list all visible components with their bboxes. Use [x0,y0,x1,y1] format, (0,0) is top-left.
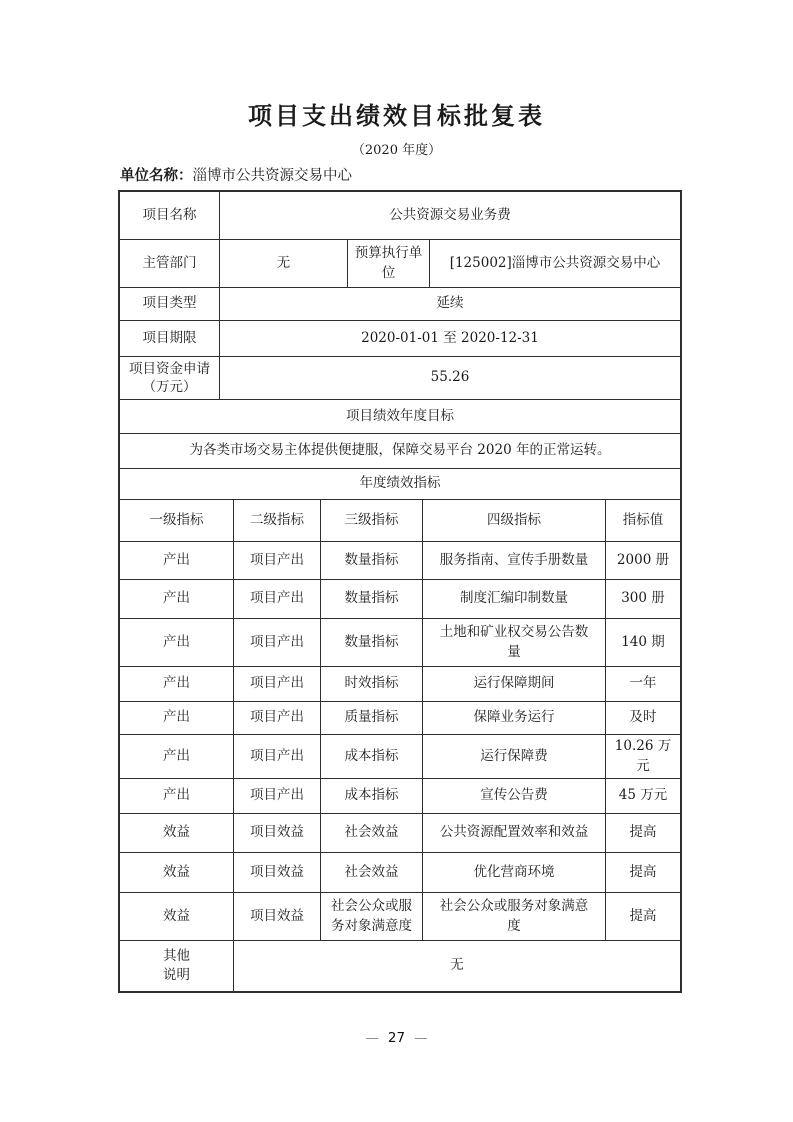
document-title: 项目支出绩效目标批复表 [0,98,793,134]
cell-level4: 公共资源配置效率和效益 [423,814,606,852]
cell-level3: 数量指标 [321,580,423,618]
cell-level2: 项目效益 [234,814,321,852]
col-header-level3: 三级指标 [321,500,423,541]
table-row-project-type: 项目类型 延续 [120,288,680,321]
cell-value: 提高 [606,893,680,940]
cell-value: 提高 [606,814,680,852]
cell-value: 2000 册 [606,542,680,579]
cell-level3: 成本指标 [321,735,423,778]
unit-name-line: 单位名称：淄博市公共资源交易中心 [120,166,793,186]
col-header-level1: 一级指标 [120,500,234,541]
other-note-value: 无 [234,941,680,991]
table-row-fund-request: 项目资金申请（万元） 55.26 [120,357,680,400]
cell-level4: 保障业务运行 [423,702,606,734]
cell-level3: 成本指标 [321,779,423,813]
project-type-label: 项目类型 [120,288,220,320]
fund-request-label: 项目资金申请（万元） [120,357,220,399]
indicator-column-header-row: 一级指标 二级指标 三级指标 四级指标 指标值 [120,500,680,542]
table-row-project-period: 项目期限 2020-01-01 至 2020-12-31 [120,321,680,357]
cell-level4: 宣传公告费 [423,779,606,813]
col-header-level2: 二级指标 [234,500,321,541]
indicator-row: 产出 项目产出 数量指标 服务指南、宣传手册数量 2000 册 [120,542,680,580]
page-number-dash-right: — [414,1030,428,1046]
cell-level2: 项目产出 [234,702,321,734]
cell-level2: 项目效益 [234,853,321,892]
dept-label: 主管部门 [120,240,220,287]
cell-level4: 运行保障费 [423,735,606,778]
cell-level3: 质量指标 [321,702,423,734]
cell-level2: 项目效益 [234,893,321,940]
indicator-row: 效益 项目效益 社会效益 优化营商环境 提高 [120,853,680,893]
cell-level3: 时效指标 [321,667,423,701]
page-number-dash-left: — [365,1030,379,1046]
cell-level1: 产出 [120,619,234,666]
exec-unit-label: 预算执行单位 [348,240,430,287]
cell-level2: 项目产出 [234,735,321,778]
cell-level1: 产出 [120,580,234,618]
cell-level2: 项目产出 [234,619,321,666]
approval-table: 项目名称 公共资源交易业务费 主管部门 无 预算执行单位 [125002]淄博市… [118,190,682,993]
other-note-label: 其他 说明 [120,941,234,991]
cell-level4: 社会公众或服务对象满意度 [423,893,606,940]
cell-level4: 运行保障期间 [423,667,606,701]
cell-level1: 产出 [120,735,234,778]
cell-level3: 社会效益 [321,853,423,892]
cell-level4: 服务指南、宣传手册数量 [423,542,606,579]
fund-request-value: 55.26 [220,357,680,399]
cell-level1: 效益 [120,853,234,892]
indicator-row: 产出 项目产出 数量指标 制度汇编印制数量 300 册 [120,580,680,619]
table-row-department: 主管部门 无 预算执行单位 [125002]淄博市公共资源交易中心 [120,240,680,288]
cell-level1: 产出 [120,542,234,579]
indicator-row: 效益 项目效益 社会效益 公共资源配置效率和效益 提高 [120,814,680,853]
cell-level2: 项目产出 [234,542,321,579]
cell-level1: 效益 [120,814,234,852]
page-number-value: 27 [388,1030,405,1046]
cell-value: 一年 [606,667,680,701]
indicator-row: 产出 项目产出 数量指标 土地和矿业权交易公告数量 140 期 [120,619,680,667]
indicator-row: 产出 项目产出 成本指标 宣传公告费 45 万元 [120,779,680,814]
indicator-row: 产出 项目产出 时效指标 运行保障期间 一年 [120,667,680,702]
indicator-row: 产出 项目产出 成本指标 运行保障费 10.26 万元 [120,735,680,779]
col-header-value: 指标值 [606,500,680,541]
cell-level1: 产出 [120,702,234,734]
cell-level3: 数量指标 [321,619,423,666]
indicators-header: 年度绩效指标 [120,469,680,499]
table-row-indicators-header: 年度绩效指标 [120,469,680,500]
document-subtitle: （2020 年度） [0,143,793,159]
project-period-label: 项目期限 [120,321,220,356]
table-row-project-name: 项目名称 公共资源交易业务费 [120,192,680,240]
cell-level1: 效益 [120,893,234,940]
exec-unit-value: [125002]淄博市公共资源交易中心 [430,240,680,287]
indicator-row: 效益 项目效益 社会公众或服务对象满意度 社会公众或服务对象满意度 提高 [120,893,680,941]
cell-level2: 项目产出 [234,580,321,618]
table-row-other-note: 其他 说明 无 [120,941,680,991]
cell-level1: 产出 [120,667,234,701]
cell-level3: 社会效益 [321,814,423,852]
cell-value: 45 万元 [606,779,680,813]
cell-level2: 项目产出 [234,667,321,701]
cell-level2: 项目产出 [234,779,321,813]
cell-level4: 土地和矿业权交易公告数量 [423,619,606,666]
project-period-value: 2020-01-01 至 2020-12-31 [220,321,680,356]
document-page: 项目支出绩效目标批复表 （2020 年度） 单位名称：淄博市公共资源交易中心 项… [0,0,793,1122]
project-type-value: 延续 [220,288,680,320]
cell-level4: 制度汇编印制数量 [423,580,606,618]
col-header-level4: 四级指标 [423,500,606,541]
table-row-annual-goal-text: 为各类市场交易主体提供便捷服，保障交易平台 2020 年的正常运转。 [120,434,680,469]
indicator-row: 产出 项目产出 质量指标 保障业务运行 及时 [120,702,680,735]
page-number: —27— [0,1030,793,1046]
cell-value: 10.26 万元 [606,735,680,778]
project-name-label: 项目名称 [120,192,220,239]
project-name-value: 公共资源交易业务费 [220,192,680,239]
dept-value: 无 [220,240,348,287]
cell-level4: 优化营商环境 [423,853,606,892]
cell-value: 300 册 [606,580,680,618]
cell-level3: 数量指标 [321,542,423,579]
cell-level1: 产出 [120,779,234,813]
annual-goal-header: 项目绩效年度目标 [120,400,680,433]
cell-level3: 社会公众或服务对象满意度 [321,893,423,940]
unit-name-label: 单位名称： [120,167,193,184]
unit-name-value: 淄博市公共资源交易中心 [193,168,353,184]
cell-value: 及时 [606,702,680,734]
table-row-annual-goal-header: 项目绩效年度目标 [120,400,680,434]
cell-value: 140 期 [606,619,680,666]
annual-goal-text: 为各类市场交易主体提供便捷服，保障交易平台 2020 年的正常运转。 [120,434,680,468]
cell-value: 提高 [606,853,680,892]
